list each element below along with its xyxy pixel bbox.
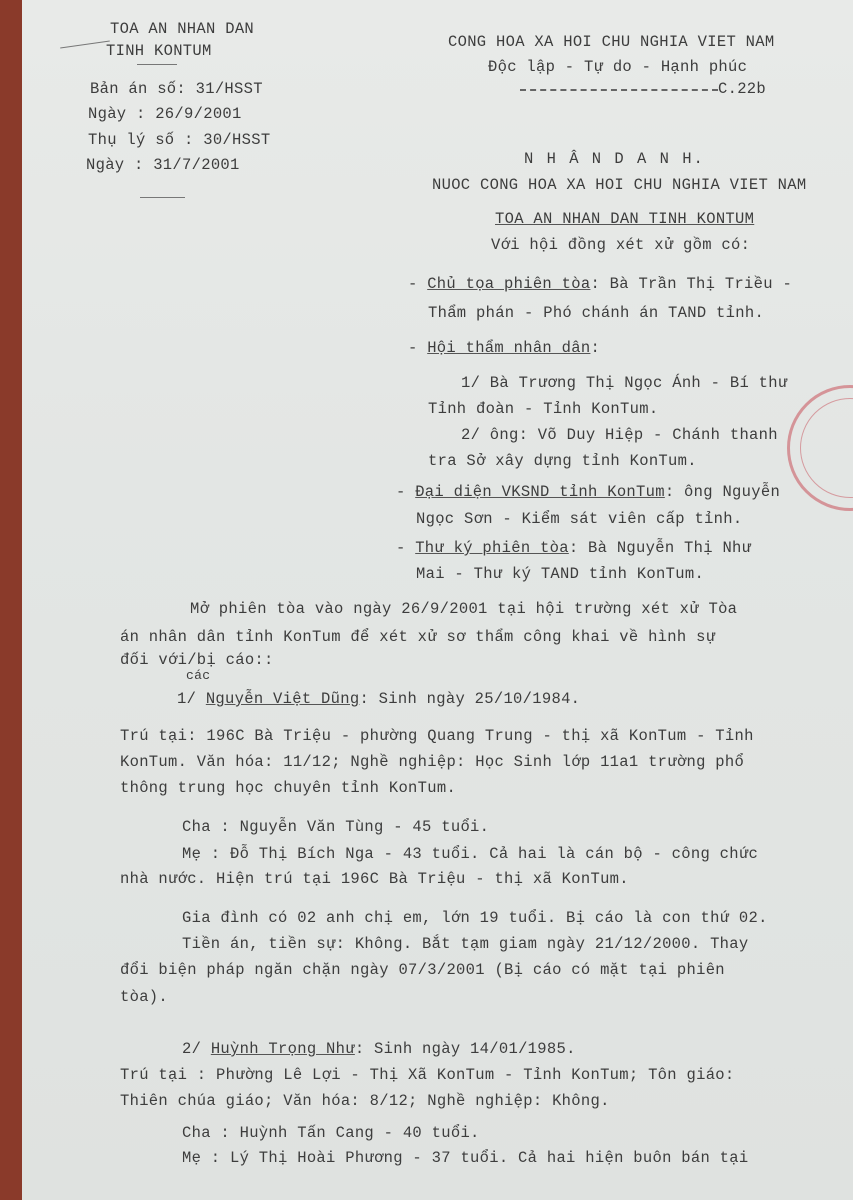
court-title: TOA AN NHAN DAN TINH KONTUM <box>495 210 754 228</box>
red-seal-stamp <box>787 385 853 511</box>
defendant-2-birth: : Sinh ngày 14/01/1985. <box>355 1040 576 1058</box>
defendant-2-mother: Mẹ : Lý Thị Hoài Phương - 37 tuổi. Cả ha… <box>182 1149 749 1167</box>
presiding-label: Chủ tọa phiên tòa <box>427 275 590 293</box>
in-the-name-of: N H Â N D A N H. <box>524 150 705 168</box>
case-number: Thụ lý số : 30/HSST <box>88 131 270 149</box>
presiding-title: Thẩm phán - Phó chánh án TAND tỉnh. <box>428 304 764 322</box>
prosecutor-title: Ngọc Sơn - Kiểm sát viên cấp tỉnh. <box>416 510 742 528</box>
panel-intro: Với hội đồng xét xử gồm có: <box>491 236 750 254</box>
divider <box>140 197 185 198</box>
defendant-1-school: thông trung học chuyên tỉnh KonTum. <box>120 779 456 797</box>
defendant-1-record: Tiền án, tiền sự: Không. Bắt tạm giam ng… <box>182 935 749 953</box>
judgment-number: Bản án số: 31/HSST <box>90 80 263 98</box>
defendant-2-residence: Trú tại : Phường Lê Lợi - Thị Xã KonTum … <box>120 1066 735 1084</box>
defendant-1-heading: 1/ Nguyễn Việt Dũng: Sinh ngày 25/10/198… <box>177 690 580 708</box>
clerk-title: Mai - Thư ký TAND tỉnh KonTum. <box>416 565 704 583</box>
clerk-name: : Bà Nguyễn Thị Như <box>569 539 751 557</box>
juror-2: 2/ ông: Võ Duy Hiệp - Chánh thanh <box>461 426 778 444</box>
opening-line-3: đối với/bị cáo:: <box>120 651 274 669</box>
national-motto: Độc lập - Tự do - Hạnh phúc <box>488 58 747 76</box>
court-judgment-page: TOA AN NHAN DAN TINH KONTUM Bản án số: 3… <box>22 0 853 1200</box>
court-name-line1: TOA AN NHAN DAN <box>110 20 254 38</box>
defendant-2-name: Huỳnh Trọng Như <box>211 1040 355 1058</box>
juror-1-title: Tỉnh đoàn - Tỉnh KonTum. <box>428 400 658 418</box>
stamp-inner-ring <box>800 398 853 498</box>
divider <box>137 64 177 65</box>
clerk: - Thư ký phiên tòa: Bà Nguyễn Thị Như <box>396 539 751 557</box>
defendant-1-record-2: đổi biện pháp ngăn chặn ngày 07/3/2001 (… <box>120 961 725 979</box>
court-name-line2: TINH KONTUM <box>106 42 212 60</box>
opening-line-1: Mở phiên tòa vào ngày 26/9/2001 tại hội … <box>190 600 737 618</box>
defendant-2-father: Cha : Huỳnh Tấn Cang - 40 tuổi. <box>182 1124 480 1142</box>
defendant-1-parents-address: nhà nước. Hiện trú tại 196C Bà Triệu - t… <box>120 870 629 888</box>
form-code: C.22b <box>718 80 766 98</box>
defendant-1-number: 1/ <box>177 690 196 708</box>
opening-line-2: án nhân dân tỉnh KonTum để xét xử sơ thẩ… <box>120 628 715 646</box>
case-date: Ngày : 31/7/2001 <box>86 156 240 174</box>
presiding-name: : Bà Trần Thị Triều - <box>590 275 792 293</box>
defendant-2-number: 2/ <box>182 1040 201 1058</box>
jurors-heading: - Hội thẩm nhân dân: <box>408 339 600 357</box>
defendant-1-record-3: tòa). <box>120 988 168 1006</box>
defendant-1-name: Nguyễn Việt Dũng <box>206 690 360 708</box>
presiding-judge: - Chủ tọa phiên tòa: Bà Trần Thị Triều - <box>408 275 792 293</box>
defendant-1-education: KonTum. Văn hóa: 11/12; Nghề nghiệp: Học… <box>120 753 744 771</box>
judgment-date: Ngày : 26/9/2001 <box>88 105 242 123</box>
juror-1: 1/ Bà Trương Thị Ngọc Ánh - Bí thư <box>461 374 787 392</box>
defendant-1-birth: : Sinh ngày 25/10/1984. <box>359 690 580 708</box>
prosecutor: - Đại diện VKSND tỉnh KonTum: ông Nguyễn <box>396 483 780 501</box>
juror-2-title: tra Sở xây dựng tỉnh KonTum. <box>428 452 697 470</box>
prosecutor-name: : ông Nguyễn <box>665 483 780 501</box>
defendant-2-heading: 2/ Huỳnh Trọng Như: Sinh ngày 14/01/1985… <box>182 1040 576 1058</box>
pen-mark <box>60 41 110 49</box>
defendant-1-residence: Trú tại: 196C Bà Triệu - phường Quang Tr… <box>120 727 754 745</box>
defendant-1-mother: Mẹ : Đỗ Thị Bích Nga - 43 tuổi. Cả hai l… <box>182 845 758 863</box>
handwritten-insert: các <box>186 668 210 683</box>
defendant-2-education: Thiên chúa giáo; Văn hóa: 8/12; Nghề ngh… <box>120 1092 610 1110</box>
clerk-label: Thư ký phiên tòa <box>415 539 569 557</box>
prosecutor-label: Đại diện VKSND tỉnh KonTum <box>415 483 665 501</box>
country-name: NUOC CONG HOA XA HOI CHU NGHIA VIET NAM <box>432 176 806 194</box>
motto-underline <box>520 89 718 91</box>
national-name: CONG HOA XA HOI CHU NGHIA VIET NAM <box>448 33 774 51</box>
jurors-label: Hội thẩm nhân dân <box>427 339 590 357</box>
defendant-1-family: Gia đình có 02 anh chị em, lớn 19 tuổi. … <box>182 909 768 927</box>
defendant-1-father: Cha : Nguyễn Văn Tùng - 45 tuổi. <box>182 818 489 836</box>
